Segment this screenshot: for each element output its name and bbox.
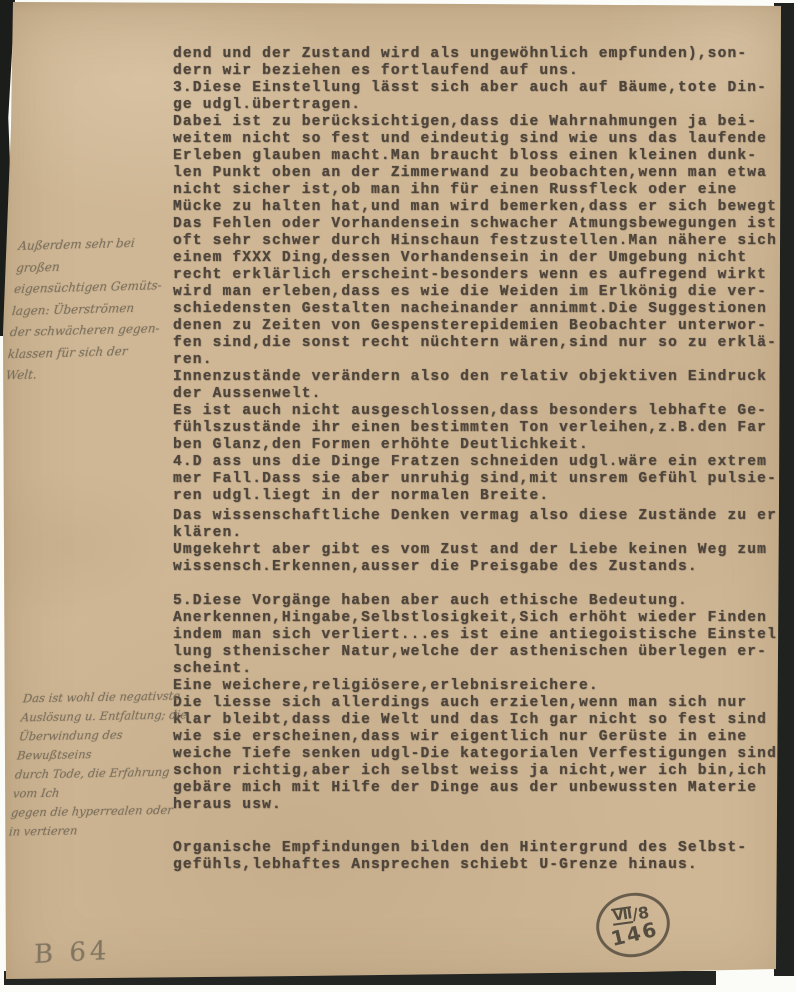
circled-archive-number: VII/8 146: [591, 887, 676, 964]
pencil-shelf-mark: B 64: [34, 936, 111, 970]
scanned-document: dend und der Zustand wird als ungewöhnli…: [0, 0, 796, 992]
handwritten-margin-note-top: Außerdem sehr bei großen eigensüchtigen …: [5, 232, 179, 387]
typewritten-paragraph-4: Organische Empfindungen bilden den Hinte…: [173, 840, 747, 874]
typewritten-paragraph-1: dend und der Zustand wird als ungewöhnli…: [173, 46, 777, 505]
document-page: dend und der Zustand wird als ungewöhnli…: [0, 0, 796, 992]
typewritten-paragraph-3: 5.Diese Vorgänge haben aber auch ethisch…: [173, 593, 777, 814]
handwritten-margin-note-bottom: Das ist wohl die negativste Auslösung u.…: [8, 686, 192, 841]
typewritten-paragraph-2: Das wissenschaftliche Denken vermag also…: [173, 508, 777, 576]
